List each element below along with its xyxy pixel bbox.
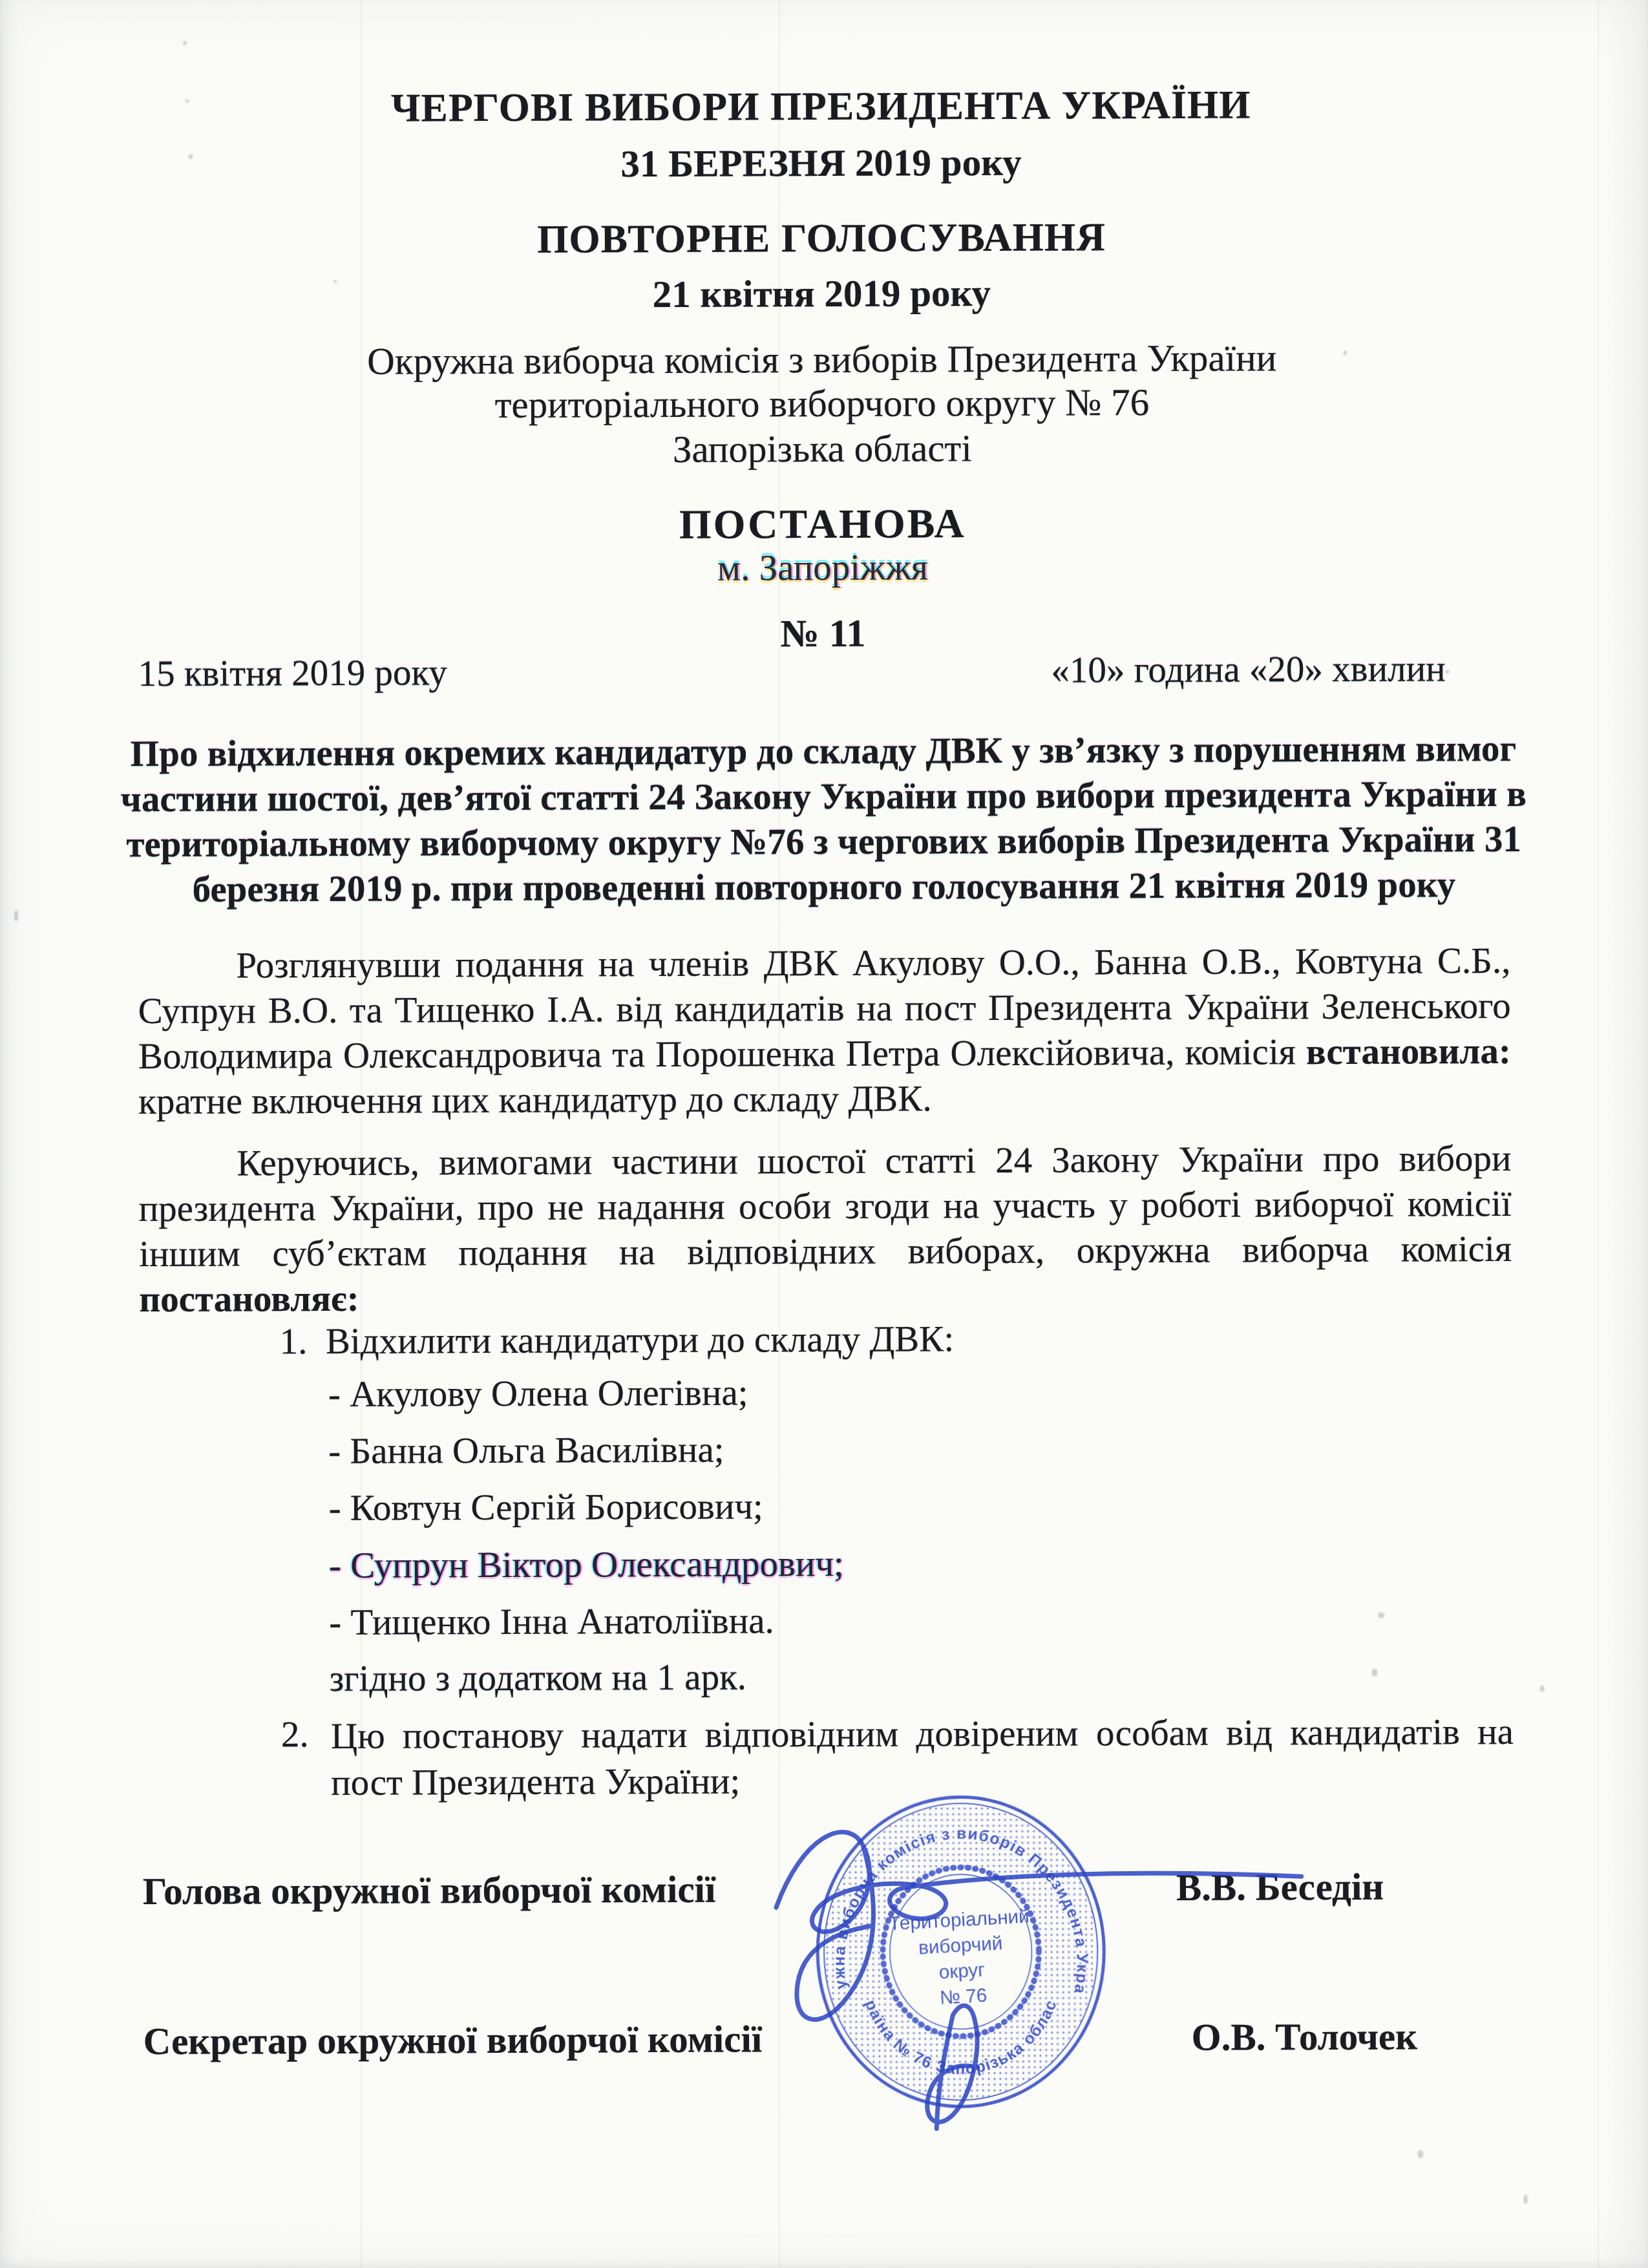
paragraph-considered: Розглянувши подання на членів ДВК Акулов… — [138, 938, 1511, 1125]
revote-title-line1: ПОВТОРНЕ ГОЛОСУВАННЯ — [0, 213, 1645, 265]
paragraph-considered-established: встановила: — [1306, 1031, 1511, 1072]
commission-line3: Запорізька області — [0, 423, 1646, 474]
candidate-item: - Ковтун Сергій Борисович; — [328, 1485, 763, 1529]
paragraph-considered-tail: кратне включення цих кандидатур до склад… — [138, 1078, 932, 1122]
scan-artifact — [1417, 2150, 1423, 2158]
scan-artifact — [1446, 670, 1450, 673]
subject-line3: територіальному виборчому округу №76 з ч… — [0, 818, 1648, 866]
document-city: м. Запоріжжя — [0, 544, 1647, 592]
signature-role-head: Голова окружної виборчої комісії — [143, 1867, 716, 1914]
election-title-line2: 31 БЕРЕЗНЯ 2019 року — [0, 138, 1645, 189]
appendix-note: згідно з додатком на 1 арк. — [329, 1656, 746, 1699]
document-content: ЧЕРГОВІ ВИБОРИ ПРЕЗИДЕНТА УКРАЇНИ 31 БЕР… — [0, 0, 1648, 2268]
document-date: 15 квітня 2019 року — [138, 652, 447, 695]
commission-line1: Окружна виборча комісія з виборів Презид… — [0, 334, 1646, 385]
scan-artifact — [1524, 2195, 1528, 2204]
subject-line2: частини шостої, дев’ятої статті 24 Закон… — [0, 772, 1647, 821]
list-item-1-text: Відхилити кандидатури до складу ДВК: — [326, 1319, 955, 1362]
candidate-item: - Банна Ольга Василівна; — [328, 1429, 724, 1472]
paragraph-considered-text: Розглянувши подання на членів ДВК Акулов… — [138, 940, 1510, 1077]
signature-name-head: В.В. Беседін — [1176, 1865, 1384, 1910]
candidate-item: - Тищенко Інна Анатоліївна. — [329, 1600, 774, 1644]
list-item-2-number: 2. — [281, 1713, 309, 1755]
election-title-line1: ЧЕРГОВІ ВИБОРИ ПРЕЗИДЕНТА УКРАЇНИ — [0, 81, 1645, 133]
list-item-1-number: 1. — [279, 1321, 307, 1362]
paragraph-guided-resolves: постановляє: — [139, 1278, 359, 1320]
official-seal: Окружна виборча комісія з виборів Презид… — [813, 1794, 1108, 2115]
subject-line4: березня 2019 р. при проведенні повторног… — [0, 863, 1648, 911]
subject-line1: Про відхилення окремих кандидатур до скл… — [0, 727, 1647, 776]
document-type: ПОСТАНОВА — [0, 497, 1647, 551]
scan-artifact — [183, 41, 187, 45]
scan-artifact — [1378, 1613, 1384, 1618]
revote-title-line2: 21 квітня 2019 року — [0, 268, 1645, 319]
seal-center-line4: № 76 — [939, 1985, 988, 2009]
seal-center-line3: округ — [938, 1959, 986, 1983]
list-item-2-text: Цю постанову надати відповідним довірени… — [331, 1709, 1514, 1807]
scan-artifact — [1540, 1686, 1545, 1692]
list-item-1: 1. Відхилити кандидатури до складу ДВК: — [279, 1318, 954, 1362]
paragraph-guided: Керуючись, вимогами частини шостої статт… — [138, 1136, 1512, 1322]
signature-role-secretary: Секретар окружної виборчої комісії — [143, 2017, 763, 2064]
document-time: «10» година «20» хвилин — [1051, 648, 1445, 691]
paragraph-guided-text: Керуючись, вимогами частини шостої статт… — [139, 1138, 1512, 1275]
signature-name-secretary: О.В. Толочек — [1192, 2014, 1418, 2059]
scanned-document-page: { "header": { "title_line1": "ЧЕРГОВІ ВИ… — [0, 0, 1648, 2268]
scan-artifact — [14, 911, 18, 921]
scan-artifact — [1372, 1669, 1378, 1677]
commission-line2: територіального виборчого округу № 76 — [0, 378, 1646, 429]
candidate-item: - Супрун Віктор Олександрович; — [329, 1543, 844, 1587]
paper-background: ЧЕРГОВІ ВИБОРИ ПРЕЗИДЕНТА УКРАЇНИ 31 БЕР… — [0, 0, 1648, 2268]
candidate-item: - Акулову Олена Олегівна; — [328, 1372, 748, 1415]
